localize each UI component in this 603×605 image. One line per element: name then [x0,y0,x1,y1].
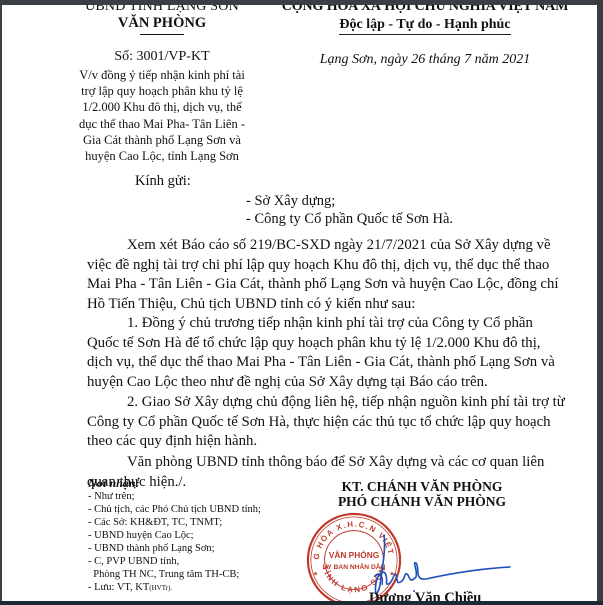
paragraph-line: việc đề nghị tài trợ chi phí lập quy hoạ… [87,256,515,276]
item-1-paragraph: 1. Đồng ý chủ trương tiếp nhận kinh phí … [87,314,515,392]
recipient-item: - UBND thành phố Lạng Sơn; [88,542,261,555]
paragraph-line: Mai Pha - Tân Liên - Gia Cát, thành phố … [87,275,515,295]
organization-name: UBND TỈNH LẠNG SƠN [62,5,262,15]
recipients-title: Nơi nhận: [88,477,261,490]
paragraph-line: Công ty Cổ phần Quốc tế Sơn Hà, thực hiệ… [87,413,515,433]
signature-title-line-2: PHÓ CHÁNH VĂN PHÒNG [332,494,512,509]
window-right-scrollbar[interactable] [597,0,603,605]
document-number: Số: 3001/VP-KT [62,49,262,65]
recipients-block: Nơi nhận: - Như trên; - Chủ tịch, các Ph… [88,477,261,595]
recipient-item: - C, PVP UBND tỉnh, [88,555,261,568]
subject-line: dục thể thao Mai Pha- Tân Liên - [62,116,262,132]
paragraph-line: Quốc tế Sơn Hà để tổ chức lập quy hoạch … [87,334,515,354]
recipient-item: - UBND huyện Cao Lộc; [88,529,261,542]
signature-title: KT. CHÁNH VĂN PHÒNG PHÓ CHÁNH VĂN PHÒNG [332,479,512,509]
office-name: VĂN PHÒNG [62,15,262,32]
paragraph-line: Văn phòng UBND tỉnh thông báo để Sở Xây … [87,453,515,473]
document-date: Lạng Sơn, ngày 26 tháng 7 năm 2021 [250,52,597,68]
subject-line: Gia Cát thành phố Lạng Sơn và [62,132,262,148]
paragraph-line: dịch vụ, thể dục thể thao Mai Pha - Tân … [87,353,515,373]
subject-line: trợ lập quy hoạch phân khu tỷ lệ [62,83,262,99]
archive-label: - Lưu: VT, KT [88,582,149,593]
subject-line: V/v đồng ý tiếp nhận kinh phí tài [62,67,262,83]
subject-line: 1/2.000 Khu đô thị, dịch vụ, thể [62,99,262,115]
intro-paragraph: Xem xét Báo cáo số 219/BC-SXD ngày 21/7/… [87,236,515,314]
window-bottom-bar [0,601,603,605]
national-motto: Độc lập - Tự do - Hạnh phúc [339,16,510,35]
svg-text:★: ★ [313,571,318,578]
header-right: CỘNG HÒA XÃ HỘI CHỦ NGHĨA VIỆT NAM Độc l… [250,5,597,68]
document-subject: V/v đồng ý tiếp nhận kinh phí tài trợ lậ… [62,67,262,164]
addressee-item: - Công ty Cổ phần Quốc tế Sơn Hà. [246,211,453,228]
recipient-archive: - Lưu: VT, KT(HVTr). [88,581,261,595]
paragraph-line: 2. Giao Sở Xây dựng chủ động liên hệ, ti… [87,393,515,413]
recipient-item: Phòng TH NC, Trung tâm TH-CB; [88,568,261,581]
stamp-line-1: VĂN PHÒNG [329,549,379,560]
item-2-paragraph: 2. Giao Sở Xây dựng chủ động liên hệ, ti… [87,393,515,452]
paragraph-line: 1. Đồng ý chủ trương tiếp nhận kinh phí … [87,314,515,334]
national-title: CỘNG HÒA XÃ HỘI CHỦ NGHĨA VIỆT NAM [250,5,597,15]
recipient-item: - Như trên; [88,490,261,503]
archive-suffix: (HVTr). [149,584,172,592]
paragraph-line: huyện Cao Lộc theo như đề nghị của Sở Xâ… [87,373,515,393]
signature-title-line-1: KT. CHÁNH VĂN PHÒNG [332,479,512,494]
recipient-item: - Các Sở: KH&ĐT, TC, TNMT; [88,516,261,529]
signer-name: Dương Văn Chiều [369,590,481,601]
addressee-item: - Sở Xây dựng; [246,193,335,210]
office-underline [140,34,184,35]
document-page: UBND TỈNH LẠNG SƠN VĂN PHÒNG Số: 3001/VP… [2,5,597,601]
recipient-item: - Chủ tịch, các Phó Chủ tịch UBND tỉnh; [88,503,261,516]
subject-line: huyện Cao Lộc, tỉnh Lạng Sơn [62,148,262,164]
addressee-label: Kính gửi: [135,173,191,190]
paragraph-line: theo các quy định hiện hành. [87,432,515,452]
header-left: UBND TỈNH LẠNG SƠN VĂN PHÒNG Số: 3001/VP… [62,5,262,164]
paragraph-line: Xem xét Báo cáo số 219/BC-SXD ngày 21/7/… [87,236,515,256]
paragraph-line: Hồ Tiến Thiệu, Chủ tịch UBND tỉnh có ý k… [87,295,515,315]
